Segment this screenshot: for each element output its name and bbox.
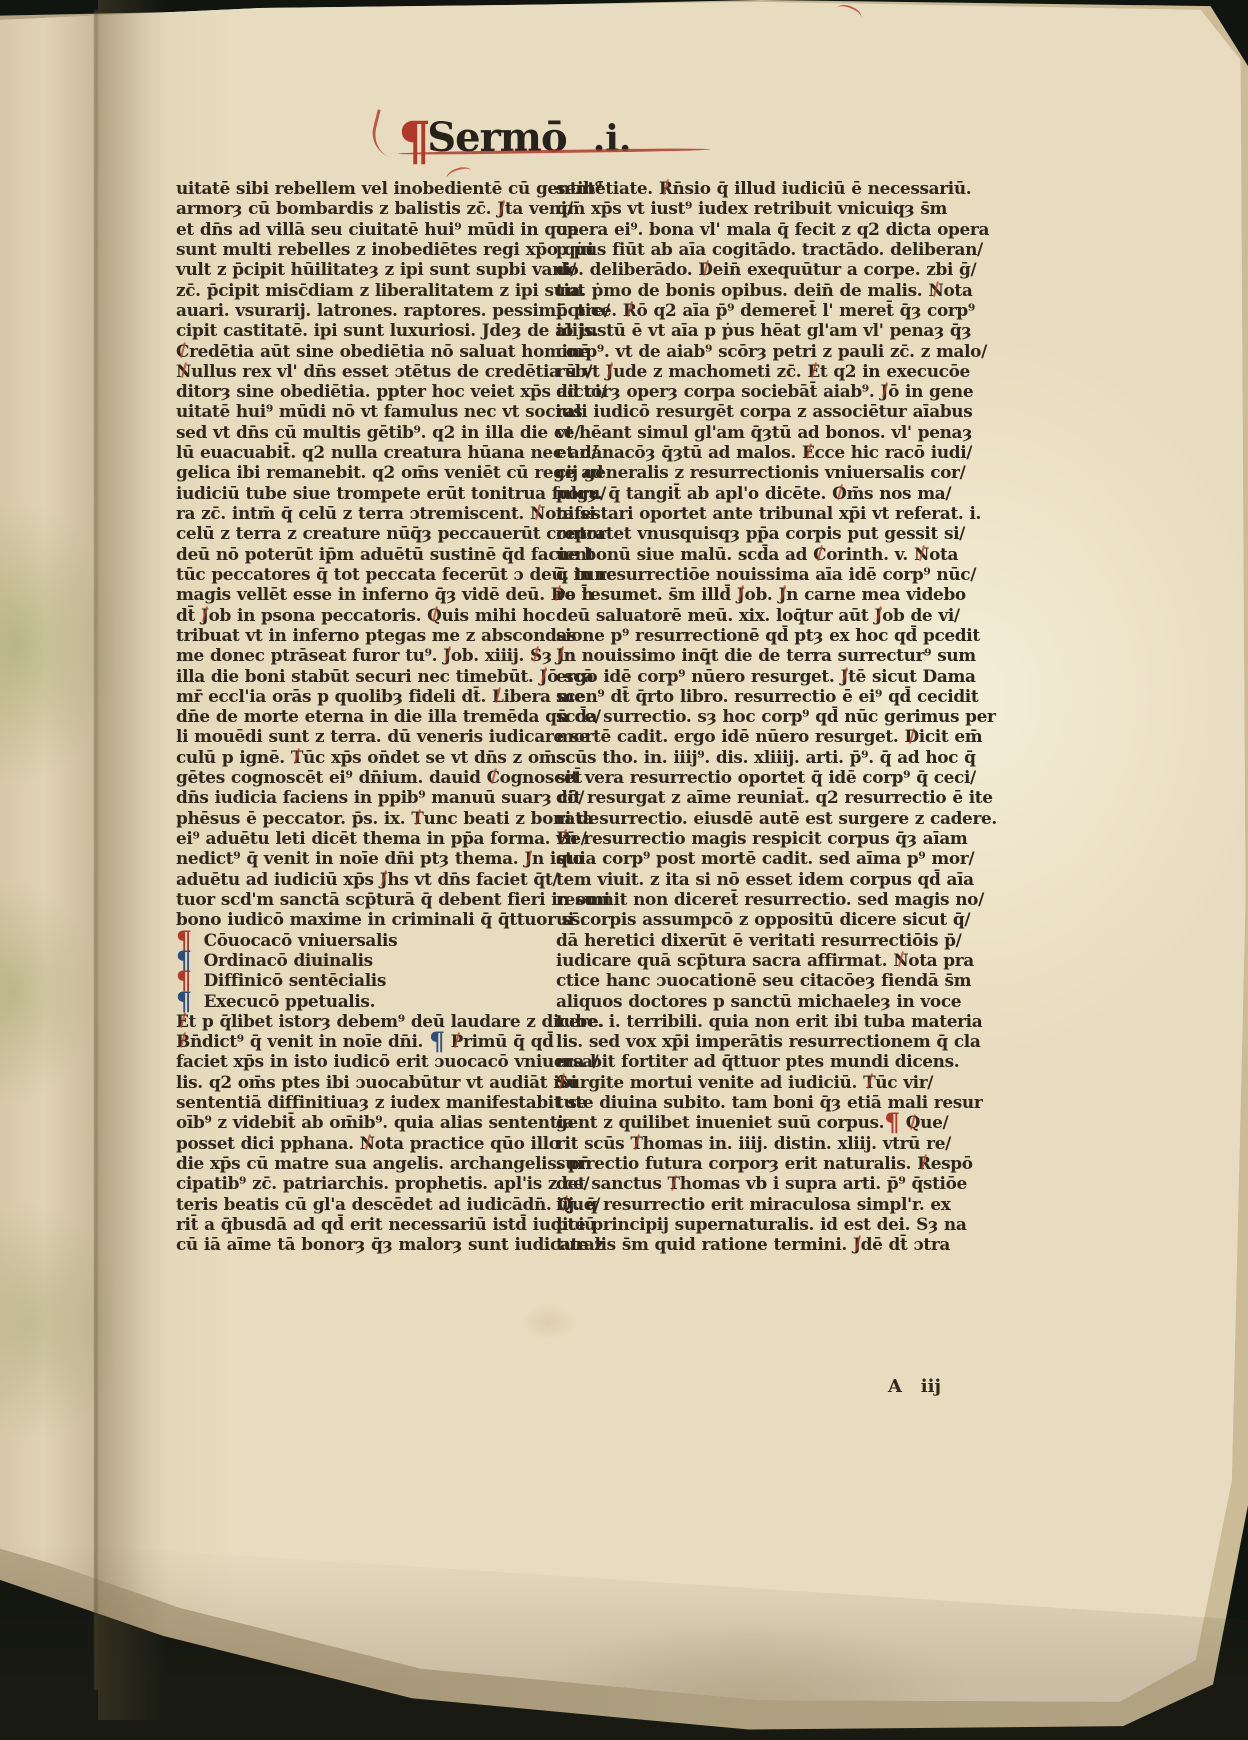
text-line: tube. i. terribili. quia non erit ibi tu…	[556, 1011, 938, 1031]
text-segment: tia. ṗmo de bonis opibus. dein̄ de malis…	[556, 280, 928, 300]
text-segment: iudicare quā scp̄tura sacra affirmat.	[556, 950, 893, 970]
text-segment: icit em̄	[919, 726, 982, 746]
text-segment: gētes cognoscēt ei⁹ dn̄ium. dauid	[176, 767, 487, 787]
text-segment: sunt multi rebelles z inobediētes regi x…	[176, 239, 593, 259]
text-segment: ob in psona peccatoris.	[209, 605, 428, 625]
text-segment: J	[778, 584, 786, 604]
text-line: gent z quilibet inueniet suū corpus.¶ Qu…	[556, 1112, 938, 1132]
text-segment: ota pra	[908, 950, 974, 970]
text-segment: faciet xp̄s in isto iudicō erit ɔuocacō …	[176, 1051, 598, 1071]
text-line: tem viuit. z ita si nō esset idem corpus…	[556, 869, 938, 889]
text-segment: me donec ptrāseat furor tu⁹.	[176, 645, 443, 665]
text-line: die xp̄s cū matre sua angelis. archangel…	[176, 1153, 550, 1173]
text-line: dn̄s iudicia faciens in ppib⁹ manuū suar…	[176, 787, 550, 807]
text-segment: tribuat vt in inferno ptegas me z abscon…	[176, 625, 576, 645]
text-line: reportet vnusquisqȝ pp̄a corpis put gess…	[556, 523, 938, 543]
text-segment: surrectio futura corporȝ erit naturalis.	[556, 1153, 917, 1173]
text-line: ergo idē corp⁹ nūero resurget. Jtē sicut…	[556, 666, 938, 686]
text-segment: dit resurgat z aīme reuniat̄. q2 resurre…	[556, 787, 993, 807]
text-line: iudicare quā scp̄tura sacra affirmat. No…	[556, 950, 938, 970]
text-segment: p̄ctice.	[556, 300, 623, 320]
text-segment: Q	[906, 1112, 920, 1132]
text-segment: sed vt dn̄s cū multis gētib⁹. q2 in illa…	[176, 422, 580, 442]
text-segment: auari. vsurarij. latrones. raptores. pes…	[176, 300, 610, 320]
text-segment: tute diuina subito. tam boni q̄ȝ etiā ma…	[556, 1092, 982, 1112]
text-line: tribuat vt in inferno ptegas me z abscon…	[176, 625, 550, 645]
text-column-left: uitatē sibi rebellem vel inobedientē cū …	[176, 178, 550, 1255]
text-line: ei⁹ aduētu leti dicēt thema in pp̄a form…	[176, 828, 550, 848]
text-segment: J	[380, 869, 388, 889]
text-segment: uitatē hui⁹ mūdi nō vt famulus nec vt so…	[176, 401, 582, 421]
text-line: cipit castitatē. ipi sunt luxuriosi. Jde…	[176, 320, 550, 340]
text-segment: C	[487, 767, 500, 787]
text-segment: ue/	[920, 1112, 948, 1132]
text-segment: E	[802, 442, 815, 462]
text-segment: D	[904, 726, 918, 746]
text-segment: iudiciū tube siue trompete erūt tonitrua…	[176, 483, 606, 503]
text-line: rata surrectio. eiusdē autē est surgere …	[556, 808, 938, 828]
text-segment: lis. q2 om̄s ptes ibi ɔuocabūtur vt audi…	[176, 1072, 577, 1092]
text-segment: Ordinacō diuinalis	[192, 950, 373, 970]
text-segment: ergo idē corp⁹ nūero resurget.	[556, 666, 840, 686]
text-segment: t q2 in execucōe	[820, 361, 970, 381]
text-segment: R	[659, 178, 673, 198]
text-segment: ein̄ exequūtur a corpe. zbi ḡ/	[713, 259, 977, 279]
text-segment: D	[698, 259, 712, 279]
text-segment: S	[530, 645, 542, 665]
text-segment: J	[605, 361, 613, 381]
text-segment: tē sicut Dama	[848, 666, 975, 686]
text-segment: cū iā aīme tā bonorȝ q̄ȝ malorȝ sunt iud…	[176, 1234, 604, 1254]
text-segment: R	[623, 300, 637, 320]
text-segment: mortē cadit. ergo idē nūero resurget.	[556, 726, 904, 746]
text-segment: ob.	[745, 584, 779, 604]
text-segment: magis vellēt esse in inferno q̄ȝ vidē de…	[176, 584, 551, 604]
text-segment: uis mihi hoc	[442, 605, 556, 625]
text-line: pte principij supernaturalis. id est dei…	[556, 1214, 938, 1234]
text-line: sit vera resurrectio oportet q̄ idē corp…	[556, 767, 938, 787]
text-line: vn̄ resurrectio magis respicit corpus q̄…	[556, 828, 938, 848]
text-line: li mouēdi sunt z terra. dū veneris iudic…	[176, 726, 550, 746]
text-line: sentētiate. Rn̄sio q̄ illud iudiciū ē ne…	[556, 178, 938, 198]
text-line: rū vt Jude z machometi zc̄. Et q2 in exe…	[556, 361, 938, 381]
text-line: illa die boni stabūt securi nec timebūt.…	[176, 666, 550, 686]
text-line: auari. vsurarij. latrones. raptores. pes…	[176, 300, 550, 320]
text-segment: die xp̄s cū matre sua angelis. archangel…	[176, 1153, 591, 1173]
text-segment: L	[492, 686, 504, 706]
text-line: mortē cadit. ergo idē nūero resurget. Di…	[556, 726, 938, 746]
text-line: me donec ptrāseat furor tu⁹. Job. xiiij.…	[176, 645, 550, 665]
text-line: dictorȝ operȝ corpa sociebāt̄ aiab⁹. Jō …	[556, 381, 938, 401]
text-segment: p ṗus fiūt ab aīa cogitādo. tractādo. de…	[556, 239, 983, 259]
text-segment: lū euacuabit̄. q2 nulla creatura hūana n…	[176, 442, 597, 462]
text-segment: ditorȝ sine obediētia. ppter hoc veiet x…	[176, 381, 607, 401]
text-segment: ei⁹ aduētu leti dicēt thema in pp̄a form…	[176, 828, 556, 848]
text-line: bono iudicō maxime in criminali q̄ q̄ttu…	[176, 909, 550, 929]
text-segment: N	[928, 280, 943, 300]
text-segment: nifestari oportet ante tribunal xp̄i vt …	[556, 503, 981, 523]
text-segment: vt hēant simul gl'am q̄ȝtū ad bonos. vl'…	[556, 422, 972, 442]
text-segment: sione p⁹ resurrectionē qd̄ ptȝ ex hoc qd…	[556, 625, 980, 645]
text-line: Surgite mortui venite ad iudiciū. Tūc vi…	[556, 1072, 938, 1092]
text-segment: teris beatis cū gl'a descēdet ad iudicād…	[176, 1194, 557, 1214]
text-segment: ullus rex vl' dn̄s esset ɔtētus de credē…	[191, 361, 592, 381]
text-segment: E	[176, 1011, 189, 1031]
text-segment: R	[917, 1153, 931, 1173]
text-segment: dictorȝ operȝ corpa sociebāt̄ aiab⁹.	[556, 381, 880, 401]
text-segment: J	[840, 666, 848, 686]
text-segment: C	[176, 341, 189, 361]
text-segment: E	[807, 361, 820, 381]
text-line: ¶ Cōuocacō vniuersalis	[176, 930, 550, 950]
text-line: ¶ Diffinicō sentēcialis	[176, 970, 550, 990]
text-segment: N	[176, 361, 191, 381]
text-line: ue bonū siue malū. scd̄a ad Corinth. v. …	[556, 544, 938, 564]
text-line: q̄ in resurrectiōe nouissima aīa idē cor…	[556, 564, 938, 584]
text-segment: oīb⁹ z videbit̄ ab om̄ib⁹. quia alias se…	[176, 1112, 574, 1132]
text-segment: tūc peccatores q̄ tot peccata fecerūt ɔ …	[176, 564, 616, 584]
text-line: lis. sed vox xp̄i imperātis resurrection…	[556, 1031, 938, 1051]
text-line: nedict⁹ q̄ venit in noīe dn̄i ptȝ thema.…	[176, 848, 550, 868]
text-line: ctice hanc ɔuocationē seu citacōeȝ fiend…	[556, 970, 938, 990]
text-segment: deū saluatorē meū. xix. loq̄tur aūt	[556, 605, 874, 625]
text-segment: dn̄s iudicia faciens in ppib⁹ manuū suar…	[176, 787, 584, 807]
text-segment: vult z p̄cipit hūilitateȝ z ipi sunt sup…	[176, 259, 576, 279]
text-segment: cij generalis z resurrectionis vniuersal…	[556, 462, 965, 482]
text-line: porȝ. q̄ tangit̄ ab apl'o dicēte. Om̄s n…	[556, 483, 938, 503]
text-segment: hs vt dn̄s faciet q̄t/	[387, 869, 558, 889]
text-segment: dn̄e de morte eterna in die illa tremēda…	[176, 706, 601, 726]
text-segment: espō	[931, 1153, 973, 1173]
text-segment: rit scūs	[556, 1133, 630, 1153]
text-line: p̄ctice. Rō q2 aīa p̄⁹ demeret̄ l' meret…	[556, 300, 938, 320]
quire-signature: A iij	[888, 1376, 941, 1397]
text-segment: J	[556, 645, 564, 665]
text-segment: orinth. v.	[826, 544, 914, 564]
text-segment: gent z quilibet inueniet suū corpus.	[556, 1112, 884, 1132]
text-segment: gelica ibi remanebit. q2 om̄s veniēt cū …	[176, 462, 603, 482]
text-segment: dt̄	[176, 605, 201, 625]
text-line: scd̄a surrectio. sȝ hoc corp⁹ qd̄ nūc ge…	[556, 706, 938, 726]
text-line: zc̄. p̄cipit misc̄diam z liberalitatem z…	[176, 280, 550, 300]
text-line: ui corpis assumpcō z oppositū dicere sic…	[556, 909, 938, 929]
text-segment: resumit non diceret̄ resurrectio. sed ma…	[556, 889, 984, 909]
text-line: rit scūs Thomas in. iiij. distin. xliij.…	[556, 1133, 938, 1153]
text-segment: bono iudicō maxime in criminali q̄ q̄ttu…	[176, 909, 586, 929]
text-line: ¶ Ordinacō diuinalis	[176, 950, 550, 970]
text-line: opera ei⁹. bona vl' mala q̄ fecit z q2 d…	[556, 219, 938, 239]
text-line: Et p q̄libet istorȝ debem⁹ deū laudare z…	[176, 1011, 550, 1031]
text-line: armorȝ cū bombardis z balistis zc̄. Jta …	[176, 198, 550, 218]
text-segment: turalis s̄m quid ratione termini.	[556, 1234, 853, 1254]
text-segment: cipit castitatē. ipi sunt luxuriosi. Jde…	[176, 320, 598, 340]
text-segment: ota	[943, 280, 972, 300]
text-line: sententiā diffinitiuaȝ z iudex manifesta…	[176, 1092, 550, 1112]
text-line: uitatē sibi rebellem vel inobedientē cū …	[176, 178, 550, 198]
text-line: quia corp⁹ post mortē cadit. sed aīma p⁹…	[556, 848, 938, 868]
text-segment: T	[668, 1173, 680, 1193]
text-segment: scd̄a surrectio. sȝ hoc corp⁹ qd̄ nūc ge…	[556, 706, 996, 726]
text-segment: phēsus ē peccator. p̄s. ix.	[176, 808, 411, 828]
text-line: scūs tho. in. iiij⁹. dis. xliiij. arti. …	[556, 747, 938, 767]
text-segment: ūc xp̄s on̄det se vt dn̄s z om̄s	[303, 747, 565, 767]
text-line: teris beatis cū gl'a descēdet ad iudicād…	[176, 1194, 550, 1214]
text-line: nifestari oportet ante tribunal xp̄i vt …	[556, 503, 938, 523]
text-line: vult z p̄cipit hūilitateȝ z ipi sunt sup…	[176, 259, 550, 279]
text-segment: ude z machometi zc̄.	[613, 361, 807, 381]
text-segment: tuor scd'm sanctā scp̄turā q̄ debent fie…	[176, 889, 610, 909]
text-line: iō iustū ē vt aīa p ṗus hēat gl'am vl' p…	[556, 320, 938, 340]
scanned-incunable-page: { "header": { "capitulum": "¶", "title":…	[0, 0, 1248, 1740]
text-segment: rimū q̄ qd̄	[463, 1031, 554, 1051]
text-segment: ra zc̄. intm̄ q̄ celū z terra ɔtremiscen…	[176, 503, 530, 523]
text-segment: J	[880, 381, 888, 401]
text-line: turalis s̄m quid ratione termini. Jdē dt…	[556, 1234, 938, 1254]
text-segment: ctice hanc ɔuocationē seu citacōeȝ fiend…	[556, 970, 971, 990]
text-segment: T	[863, 1072, 875, 1092]
text-segment: J	[853, 1234, 861, 1254]
text-segment: sentētiate.	[556, 178, 659, 198]
text-line: magis vellēt esse in inferno q̄ȝ vidē de…	[176, 584, 550, 604]
text-segment: homas vb i supra arti. p̄⁹ q̄stiōe	[680, 1173, 967, 1193]
text-segment: m̄s nos ma/	[847, 483, 952, 503]
text-segment: sit vera resurrectio oportet q̄ idē corp…	[556, 767, 976, 787]
text-segment: N	[360, 1133, 375, 1153]
text-line: sione p⁹ resurrectionē qd̄ ptȝ ex hoc qd…	[556, 625, 938, 645]
text-segment: N	[893, 950, 908, 970]
text-line: gētes cognoscēt ei⁹ dn̄ium. dauid Cognos…	[176, 767, 550, 787]
text-line: sunt multi rebelles z inobediētes regi x…	[176, 239, 550, 259]
text-line: cipatib⁹ zc̄. patriarchis. prophetis. ap…	[176, 1173, 550, 1193]
text-segment: ota practice qūo illo	[375, 1133, 560, 1153]
text-segment: Diffinicō sentēcialis	[192, 970, 386, 990]
text-line: aliquos doctores p sanctū michaeleȝ in v…	[556, 991, 938, 1011]
text-line: aduētu ad iudiciū xp̄s Jhs vt dn̄s facie…	[176, 869, 550, 889]
text-segment: n nouissimo inq̄t die de terra surrectur…	[564, 645, 976, 665]
text-line: celū z terra z creature nūq̄ȝ peccauerūt…	[176, 523, 550, 543]
text-segment: ma bit fortiter ad q̄ttuor ptes mundi di…	[556, 1051, 959, 1071]
text-line: cij generalis z resurrectionis vniuersal…	[556, 462, 938, 482]
text-line: dn̄e de morte eterna in die illa tremēda…	[176, 706, 550, 726]
text-line: lū euacuabit̄. q2 nulla creatura hūana n…	[176, 442, 550, 462]
text-segment: reportet vnusquisqȝ pp̄a corpis put gess…	[556, 523, 965, 543]
text-line: ¶ Execucō ppetualis.	[176, 991, 550, 1011]
text-line: mr̄ eccl'ia orās p quolibȝ fideli dt̄. L…	[176, 686, 550, 706]
text-segment: B	[176, 1031, 190, 1051]
text-line: det sanctus Thomas vb i supra arti. p̄⁹ …	[556, 1173, 938, 1193]
text-segment: redētia aūt sine obediētia nō saluat hom…	[189, 341, 590, 361]
text-segment: do. deliberādo.	[556, 259, 698, 279]
text-segment: J	[201, 605, 209, 625]
text-line: tūc peccatores q̄ tot peccata fecerūt ɔ …	[176, 564, 550, 584]
text-segment: aliquos doctores p sanctū michaeleȝ in v…	[556, 991, 961, 1011]
text-segment: S	[556, 1072, 568, 1092]
text-segment: zc̄. p̄cipit misc̄diam z liberalitatem z…	[176, 280, 585, 300]
text-segment: nedict⁹ q̄ venit in noīe dn̄i ptȝ thema.	[176, 848, 524, 868]
text-segment: n carne mea videbo	[786, 584, 966, 604]
text-line: dit resurgat z aīme reuniat̄. q2 resurre…	[556, 787, 938, 807]
text-line: ra zc̄. intm̄ q̄ celū z terra ɔtremiscen…	[176, 503, 550, 523]
text-line: et dānacōȝ q̄ȝtū ad malos. Ecce hic racō…	[556, 442, 938, 462]
sermon-number: .i.	[593, 118, 632, 160]
text-segment: iij. q̄ resurrectio erit miraculosa simp…	[556, 1194, 951, 1214]
text-segment: dē dt̄ ɔtra	[861, 1234, 950, 1254]
text-segment: li mouēdi sunt z terra. dū veneris iudic…	[176, 726, 589, 746]
text-segment: J	[524, 848, 532, 868]
text-line: do. deliberādo. Dein̄ exequūtur a corpe.…	[556, 259, 938, 279]
text-line: ma bit fortiter ad q̄ttuor ptes mundi di…	[556, 1051, 938, 1071]
text-line: cū iā aīme tā bonorȝ q̄ȝ malorȝ sunt iud…	[176, 1234, 550, 1254]
text-segment: n̄dict⁹ q̄ venit in noīe dn̄i.	[190, 1031, 429, 1051]
text-segment: rū vt	[556, 361, 605, 381]
text-segment: deū nō poterūt ip̄m aduētū sustinē q̄d f…	[176, 544, 594, 564]
text-line: ro resumet. s̄m illd̄ Job. Jn carne mea …	[556, 584, 938, 604]
text-segment: rit̄ a q̄busdā ad qd̄ erit necessariū is…	[176, 1214, 596, 1234]
text-segment: scen⁹ dt̄ q̄rto libro. resurrectio ē ei⁹…	[556, 686, 978, 706]
text-segment: ō in gene	[888, 381, 973, 401]
text-line: gelica ibi remanebit. q2 om̄s veniēt cū …	[176, 462, 550, 482]
text-segment: scūs tho. in. iiij⁹. dis. xliiij. arti. …	[556, 747, 976, 767]
text-segment: et dn̄s ad villā seu ciuitatē hui⁹ mūdi …	[176, 219, 578, 239]
text-line: vt hēant simul gl'am q̄ȝtū ad bonos. vl'…	[556, 422, 938, 442]
text-segment: T	[411, 808, 423, 828]
text-segment: N	[914, 544, 929, 564]
text-line: posset dici pphana. Nota practice qūo il…	[176, 1133, 550, 1153]
text-segment: opera ei⁹. bona vl' mala q̄ fecit z q2 d…	[556, 219, 989, 239]
text-segment: ob de vi/	[882, 605, 960, 625]
text-column-right: sentētiate. Rn̄sio q̄ illud iudiciū ē ne…	[556, 178, 938, 1255]
text-line: sed vt dn̄s cū multis gētib⁹. q2 in illa…	[176, 422, 550, 442]
text-segment: aduētu ad iudiciū xp̄s	[176, 869, 380, 889]
gutter-shadow	[98, 0, 168, 1720]
text-segment: rali iudicō resurgēt corpa z associētur …	[556, 401, 972, 421]
text-segment: ō q2 aīa p̄⁹ demeret̄ l' meret̄ q̄ȝ corp…	[637, 300, 975, 320]
text-segment: ota	[929, 544, 958, 564]
text-segment: ob. xiiij.	[451, 645, 530, 665]
text-line: dā heretici dixerūt ē veritati resurrect…	[556, 930, 938, 950]
text-segment: ue bonū siue malū. scd̄a ad	[556, 544, 813, 564]
text-segment: lis. sed vox xp̄i imperātis resurrection…	[556, 1031, 980, 1051]
text-segment: pte principij supernaturalis. id est dei…	[556, 1214, 966, 1234]
running-title: ¶Sermō.i.	[388, 92, 748, 172]
text-line: corp⁹. vt de aiab⁹ scōrȝ petri z pauli z…	[556, 341, 938, 361]
text-line: deū nō poterūt ip̄m aduētū sustinē q̄d f…	[176, 544, 550, 564]
text-segment: n̄sio q̄ illud iudiciū ē necessariū.	[673, 178, 972, 198]
text-line: scen⁹ dt̄ q̄rto libro. resurrectio ē ei⁹…	[556, 686, 938, 706]
text-segment: t p q̄libet istorȝ debem⁹ deū laudare z …	[189, 1011, 604, 1031]
text-segment: porȝ. q̄ tangit̄ ab apl'o dicēte.	[556, 483, 832, 503]
text-segment: C	[813, 544, 826, 564]
text-line: p ṗus fiūt ab aīa cogitādo. tractādo. de…	[556, 239, 938, 259]
text-line: phēsus ē peccator. p̄s. ix. Tunc beati z…	[176, 808, 550, 828]
text-line: resumit non diceret̄ resurrectio. sed ma…	[556, 889, 938, 909]
text-line: culū p ignē. Tūc xp̄s on̄det se vt dn̄s …	[176, 747, 550, 767]
text-segment: ui corpis assumpcō z oppositū dicere sic…	[556, 909, 970, 929]
text-line: et dn̄s ad villā seu ciuitatē hui⁹ mūdi …	[176, 219, 550, 239]
text-line: rali iudicō resurgēt corpa z associētur …	[556, 401, 938, 421]
text-segment: tube. i. terribili. quia non erit ibi tu…	[556, 1011, 982, 1031]
text-line: surrectio futura corporȝ erit naturalis.…	[556, 1153, 938, 1173]
text-segment: homas in. iiij. distin. xliij. vtrū re/	[643, 1133, 951, 1153]
text-segment: culū p ignē.	[176, 747, 291, 767]
text-line: iudiciū tube siue trompete erūt tonitrua…	[176, 483, 550, 503]
text-segment: cce hic racō iudi/	[814, 442, 972, 462]
text-segment: Cōuocacō vniuersalis	[192, 930, 398, 950]
text-line: uitatē hui⁹ mūdi nō vt famulus nec vt so…	[176, 401, 550, 421]
text-segment: q̄ in resurrectiōe nouissima aīa idē cor…	[556, 564, 976, 584]
text-segment: J	[443, 645, 451, 665]
text-segment: det sanctus	[556, 1173, 668, 1193]
text-segment: dā heretici dixerūt ē veritati resurrect…	[556, 930, 961, 950]
text-line: tute diuina subito. tam boni q̄ȝ etiā ma…	[556, 1092, 938, 1112]
text-segment: ro resumet. s̄m illd̄	[556, 584, 737, 604]
text-segment: J	[737, 584, 745, 604]
text-line: lis. q2 om̄s ptes ibi ɔuocabūtur vt audi…	[176, 1072, 550, 1092]
text-line: tuor scd'm sanctā scp̄turā q̄ debent fie…	[176, 889, 550, 909]
text-segment: urgite mortui venite ad iudiciū.	[568, 1072, 863, 1092]
text-segment: rata surrectio. eiusdē autē est surgere …	[556, 808, 997, 828]
text-segment: T	[291, 747, 303, 767]
text-line: iij. q̄ resurrectio erit miraculosa simp…	[556, 1194, 938, 1214]
text-segment: P	[451, 1031, 463, 1051]
text-line: faciet xp̄s in isto iudicō erit ɔuocacō …	[176, 1051, 550, 1071]
text-line: oīb⁹ z videbit̄ ab om̄ib⁹. quia alias se…	[176, 1112, 550, 1132]
text-segment: armorȝ cū bombardis z balistis zc̄.	[176, 198, 497, 218]
text-segment: celū z terra z creature nūq̄ȝ peccauerūt…	[176, 523, 606, 543]
text-line: Bn̄dict⁹ q̄ venit in noīe dn̄i. ¶ Primū …	[176, 1031, 550, 1051]
text-segment: sententiā diffinitiuaȝ z iudex manifesta…	[176, 1092, 587, 1112]
text-segment: quia corp⁹ post mortē cadit. sed aīma p⁹…	[556, 848, 974, 868]
text-segment: tem viuit. z ita si nō esset idem corpus…	[556, 869, 974, 889]
text-segment: O	[832, 483, 846, 503]
text-segment: Q	[427, 605, 441, 625]
text-segment: qm̄ xp̄s vt iust⁹ iudex retribuit vnicui…	[556, 198, 947, 218]
text-segment: T	[630, 1133, 642, 1153]
text-segment: uitatē sibi rebellem vel inobedientē cū …	[176, 178, 602, 198]
text-segment: cipatib⁹ zc̄. patriarchis. prophetis. ap…	[176, 1173, 589, 1193]
text-segment: posset dici pphana.	[176, 1133, 360, 1153]
text-segment: mr̄ eccl'ia orās p quolibȝ fideli dt̄.	[176, 686, 492, 706]
text-line: deū saluatorē meū. xix. loq̄tur aūt Job …	[556, 605, 938, 625]
text-segment: vn̄ resurrectio magis respicit corpus q̄…	[556, 828, 967, 848]
text-segment: J	[539, 666, 547, 686]
text-segment: N	[530, 503, 545, 523]
text-segment: et dānacōȝ q̄ȝtū ad malos.	[556, 442, 802, 462]
text-line: tia. ṗmo de bonis opibus. dein̄ de malis…	[556, 280, 938, 300]
text-line: rit̄ a q̄busdā ad qd̄ erit necessariū is…	[176, 1214, 550, 1234]
text-segment: illa die boni stabūt securi nec timebūt.	[176, 666, 539, 686]
text-segment: J	[497, 198, 505, 218]
text-segment: J	[874, 605, 882, 625]
text-segment: ūc vir/	[875, 1072, 933, 1092]
text-line: Jn nouissimo inq̄t die de terra surrectu…	[556, 645, 938, 665]
text-line: qm̄ xp̄s vt iust⁹ iudex retribuit vnicui…	[556, 198, 938, 218]
text-line: ditorȝ sine obediētia. ppter hoc veiet x…	[176, 381, 550, 401]
text-line: Credētia aūt sine obediētia nō saluat ho…	[176, 341, 550, 361]
text-segment: corp⁹. vt de aiab⁹ scōrȝ petri z pauli z…	[556, 341, 987, 361]
text-line: Nullus rex vl' dn̄s esset ɔtētus de cred…	[176, 361, 550, 381]
text-segment: Execucō ppetualis.	[192, 991, 376, 1011]
text-line: dt̄ Job in psona peccatoris. Quis mihi h…	[176, 605, 550, 625]
text-segment: iō iustū ē vt aīa p ṗus hēat gl'am vl' p…	[556, 320, 971, 340]
